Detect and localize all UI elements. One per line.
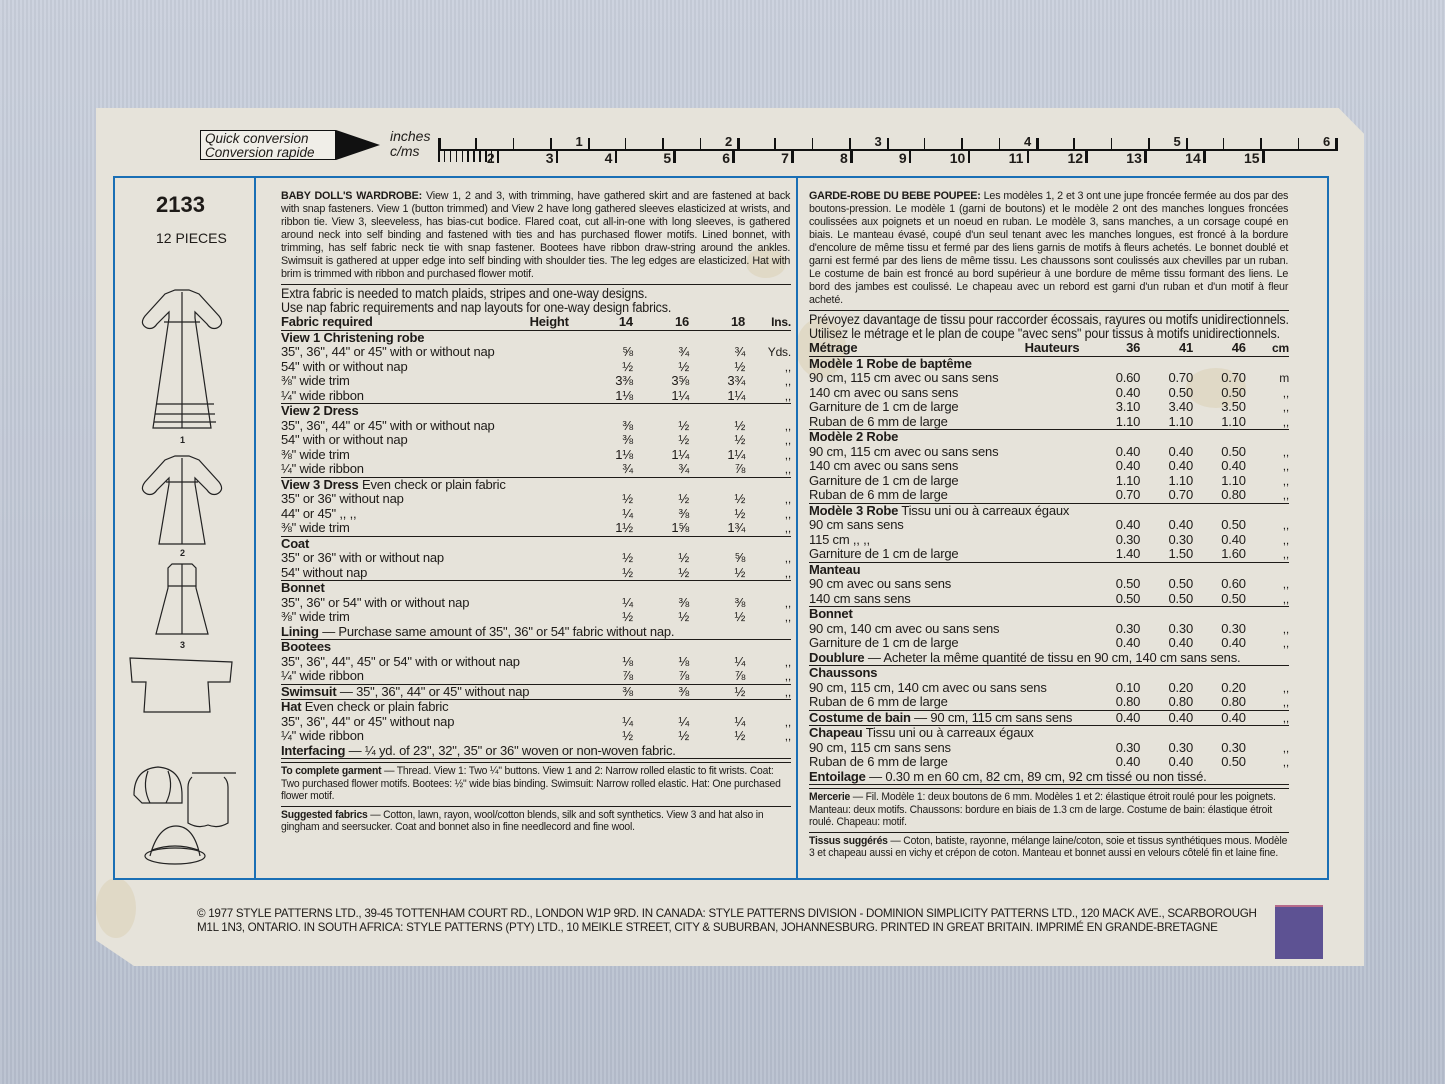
table-row: 35" or 36" with or without nap½½⅝,, xyxy=(281,551,791,566)
inch-number: 2 xyxy=(725,134,732,149)
mm-tick xyxy=(462,151,464,162)
inch-tick xyxy=(961,138,963,149)
table-row: ⅜" wide trim1½1⅝1¾,, xyxy=(281,521,791,536)
table-row: Garniture de 1 cm de large3.103.403.50,, xyxy=(809,400,1289,415)
table-row: 140 cm avec ou sans sens0.400.500.50,, xyxy=(809,386,1289,401)
table-row: 115 cm ,, ,,0.300.300.40,, xyxy=(809,533,1289,548)
table-row: ¼" wide ribbon½½½,, xyxy=(281,729,791,744)
garment-sketches: 1 2 3 xyxy=(120,280,250,870)
inch-tick xyxy=(475,138,477,149)
table-row: 54" with or without nap⅜½½,, xyxy=(281,433,791,448)
inch-tick xyxy=(1186,138,1189,149)
table-row: 35", 36", 44" or 45" with or without nap… xyxy=(281,419,791,434)
inch-tick xyxy=(924,138,926,149)
cm-tick xyxy=(850,151,853,163)
table-row: Bonnet xyxy=(809,607,1289,622)
table-row: 35", 36", 44" or 45" with or without nap… xyxy=(281,345,791,360)
french-description: GARDE-ROBE DU BEBE POUPEE: Les modèles 1… xyxy=(809,190,1288,307)
svg-text:3: 3 xyxy=(180,640,185,650)
french-column: GARDE-ROBE DU BEBE POUPEE: Les modèles 1… xyxy=(809,190,1289,860)
label-en: Quick conversion xyxy=(205,132,331,146)
inch-number: 6 xyxy=(1323,134,1330,149)
table-row: 44" or 45" ,, ,,¼⅜½,, xyxy=(281,507,791,522)
english-description: BABY DOLL'S WARDROBE: View 1, 2 and 3, w… xyxy=(281,190,790,281)
table-row: ⅜" wide trim3⅜3⅝3¾,, xyxy=(281,374,791,389)
table-row: Swimsuit — 35", 36", 44" or 45" without … xyxy=(281,684,791,700)
table-row: Coat xyxy=(281,536,791,551)
pieces-count: 12 PIECES xyxy=(156,230,227,246)
inch-tick xyxy=(1223,138,1225,149)
table-row: Garniture de 1 cm de large0.400.400.40,, xyxy=(809,636,1289,651)
french-suggested-fabrics: Tissus suggérés — Coton, batiste, rayonn… xyxy=(809,835,1288,860)
table-row: ¼" wide ribbon1⅛1¼1¼,, xyxy=(281,389,791,404)
table-header: Fabric requiredHeight141618Ins. xyxy=(281,315,791,330)
english-suggested-fabrics: Suggested fabrics — Cotton, lawn, rayon,… xyxy=(281,809,790,834)
cm-tick xyxy=(968,151,971,163)
cm-number: 15 xyxy=(1244,150,1260,166)
inch-tick xyxy=(1148,138,1150,149)
table-row: 35", 36", 44" or 45" without nap¼¼¼,, xyxy=(281,715,791,730)
table-row: Ruban de 6 mm de large0.700.700.80,, xyxy=(809,488,1289,503)
french-fabric-table: MétrageHauteurs364146cmModèle 1 Robe de … xyxy=(809,341,1289,785)
table-row: Hat Even check or plain fabric xyxy=(281,700,791,715)
mm-tick xyxy=(450,151,452,162)
cm-tick xyxy=(1027,151,1030,163)
cm-number: 10 xyxy=(950,150,966,166)
table-row: Chaussons xyxy=(809,666,1289,681)
inch-tick xyxy=(700,138,702,149)
footer-line-1: © 1977 STYLE PATTERNS LTD., 39-45 TOTTEN… xyxy=(197,907,1257,921)
copyright-footer: © 1977 STYLE PATTERNS LTD., 39-45 TOTTEN… xyxy=(197,907,1257,934)
svg-text:1: 1 xyxy=(180,435,185,445)
cm-number: 6 xyxy=(722,150,730,166)
cm-number: 5 xyxy=(663,150,671,166)
hat-sketch xyxy=(145,826,205,864)
table-row: Ruban de 6 mm de large1.101.101.10,, xyxy=(809,415,1289,430)
table-row: 90 cm sans sens0.400.400.50,, xyxy=(809,518,1289,533)
inch-number: 4 xyxy=(1024,134,1031,149)
table-row: Ruban de 6 mm de large0.800.800.80,, xyxy=(809,695,1289,710)
table-row: 35", 36", 44", 45" or 54" with or withou… xyxy=(281,655,791,670)
cm-tick xyxy=(673,151,676,163)
inch-tick xyxy=(513,138,515,149)
english-note-1: Extra fabric is needed to match plaids, … xyxy=(281,287,793,301)
table-row: Modèle 1 Robe de baptême xyxy=(809,356,1289,371)
cm-tick xyxy=(1262,151,1265,163)
cm-number: 4 xyxy=(605,150,613,166)
table-row: Modèle 2 Robe xyxy=(809,430,1289,445)
table-row: Bonnet xyxy=(281,581,791,596)
cm-tick xyxy=(1144,151,1147,163)
inch-number: 3 xyxy=(875,134,882,149)
inch-tick xyxy=(849,138,851,149)
table-row: 35", 36" or 54" with or without nap¼⅜⅜,, xyxy=(281,596,791,611)
cm-tick xyxy=(909,151,912,163)
mm-tick xyxy=(438,151,440,162)
inch-tick xyxy=(812,138,814,149)
inch-tick xyxy=(774,138,776,149)
arrow-icon xyxy=(336,130,380,160)
pattern-number: 2133 xyxy=(156,192,205,218)
inch-number: 5 xyxy=(1174,134,1181,149)
french-notions: Mercerie — Fil. Modèle 1: deux boutons d… xyxy=(809,791,1288,829)
table-row: Garniture de 1 cm de large1.401.501.60,, xyxy=(809,547,1289,562)
cm-number: 7 xyxy=(781,150,789,166)
french-note-2: Utilisez le métrage et le plan de coupe … xyxy=(809,327,1291,341)
table-row: 54" without nap½½½,, xyxy=(281,566,791,581)
mm-tick xyxy=(467,151,469,162)
cm-number: 12 xyxy=(1067,150,1083,166)
inch-tick xyxy=(1335,138,1338,149)
table-header: MétrageHauteurs364146cm xyxy=(809,341,1289,356)
table-row: ¼" wide ribbon¾¾⅞,, xyxy=(281,462,791,477)
cm-number: 11 xyxy=(1009,150,1024,166)
table-row: View 3 Dress Even check or plain fabric xyxy=(281,477,791,492)
english-note-2: Use nap fabric requirements and nap layo… xyxy=(281,301,793,315)
cm-tick xyxy=(556,151,559,163)
inch-tick xyxy=(550,138,552,149)
table-row: 90 cm, 140 cm avec ou sans sens0.300.300… xyxy=(809,622,1289,637)
inch-tick xyxy=(1073,138,1075,149)
cm-tick xyxy=(615,151,618,163)
table-row: 90 cm, 115 cm, 140 cm avec ou sans sens0… xyxy=(809,681,1289,696)
cm-number: 14 xyxy=(1185,150,1201,166)
christening-robe-sketch xyxy=(142,290,221,428)
cm-tick xyxy=(732,151,735,163)
table-row: Chapeau Tissu uni ou à carreaux égaux xyxy=(809,726,1289,741)
cm-number: 13 xyxy=(1126,150,1142,166)
table-row: View 2 Dress xyxy=(281,404,791,419)
dress-view-2-sketch xyxy=(142,456,221,544)
footer-line-2: M1L 1N3, ONTARIO. IN SOUTH AFRICA: STYLE… xyxy=(197,921,1257,935)
table-row: 90 cm, 115 cm sans sens0.300.300.30,, xyxy=(809,741,1289,756)
inch-tick xyxy=(737,138,740,149)
bonnet-sketch xyxy=(134,767,182,803)
mm-tick xyxy=(444,151,446,162)
mm-tick xyxy=(456,151,458,162)
center-divider xyxy=(796,176,798,878)
table-row: ¼" wide ribbon⅞⅞⅞,, xyxy=(281,669,791,684)
table-row: 35" or 36" without nap½½½,, xyxy=(281,492,791,507)
english-notions: To complete garment — Thread. View 1: Tw… xyxy=(281,765,790,803)
cm-tick xyxy=(497,151,500,163)
table-row: 54" with or without nap½½½,, xyxy=(281,360,791,375)
table-row: Lining — Purchase same amount of 35", 36… xyxy=(281,625,791,640)
table-row: Costume de bain — 90 cm, 115 cm sans sen… xyxy=(809,710,1289,726)
inch-tick xyxy=(625,138,627,149)
inch-tick xyxy=(1298,138,1300,149)
inch-tick xyxy=(887,138,890,149)
purple-tab xyxy=(1275,905,1323,959)
table-row: ⅜" wide trim½½½,, xyxy=(281,610,791,625)
inches-label: inches xyxy=(390,129,430,143)
inch-number: 1 xyxy=(576,134,583,149)
left-divider xyxy=(254,176,256,878)
table-row: 140 cm avec ou sans sens0.400.400.40,, xyxy=(809,459,1289,474)
table-row: Ruban de 6 mm de large0.400.400.50,, xyxy=(809,755,1289,770)
inch-tick xyxy=(438,138,441,149)
english-column: BABY DOLL'S WARDROBE: View 1, 2 and 3, w… xyxy=(281,190,791,834)
table-row: Interfacing — ¼ yd. of 23", 32", 35" or … xyxy=(281,744,791,759)
quick-conversion-label: Quick conversion Conversion rapide xyxy=(200,130,336,160)
cm-number: 3 xyxy=(546,150,554,166)
table-row: 90 cm avec ou sans sens0.500.500.60,, xyxy=(809,577,1289,592)
inch-tick xyxy=(662,138,664,149)
mm-tick xyxy=(479,151,481,162)
inch-tick xyxy=(1260,138,1262,149)
cm-label: c/ms xyxy=(390,144,420,158)
coat-sketch xyxy=(130,658,232,712)
table-row: ⅜" wide trim1⅛1¼1¼,, xyxy=(281,448,791,463)
table-row: 90 cm, 115 cm avec ou sans sens0.600.700… xyxy=(809,371,1289,386)
table-row: 140 cm sans sens0.500.500.50,, xyxy=(809,592,1289,607)
cm-number: 8 xyxy=(840,150,848,166)
cm-tick xyxy=(1203,151,1206,163)
table-row: Garniture de 1 cm de large1.101.101.10,, xyxy=(809,474,1289,489)
english-fabric-table: Fabric requiredHeight141618Ins.View 1 Ch… xyxy=(281,315,791,759)
table-row: Bootees xyxy=(281,640,791,655)
cm-tick xyxy=(1085,151,1088,163)
inch-tick xyxy=(1036,138,1039,149)
label-fr: Conversion rapide xyxy=(205,146,331,160)
table-row: Modèle 3 Robe Tissu uni ou à carreaux ég… xyxy=(809,503,1289,518)
conversion-ruler: Quick conversion Conversion rapide inche… xyxy=(100,126,1350,174)
table-row: View 1 Christening robe xyxy=(281,330,791,345)
table-row: Manteau xyxy=(809,562,1289,577)
table-row: 90 cm, 115 cm avec ou sans sens0.400.400… xyxy=(809,445,1289,460)
inch-tick xyxy=(999,138,1001,149)
dress-view-3-sketch xyxy=(156,564,208,634)
cm-tick xyxy=(791,151,794,163)
cm-number: 9 xyxy=(899,150,907,166)
mm-tick xyxy=(473,151,475,162)
table-row: Entoilage — 0.30 m en 60 cm, 82 cm, 89 c… xyxy=(809,770,1289,785)
cm-number: 2 xyxy=(487,150,495,166)
swimsuit-sketch xyxy=(188,773,236,827)
svg-text:2: 2 xyxy=(180,548,185,558)
inch-tick xyxy=(588,138,591,149)
table-row: Doublure — Acheter la même quantité de t… xyxy=(809,651,1289,666)
french-note-1: Prévoyez davantage de tissu pour raccord… xyxy=(809,313,1291,327)
inch-tick xyxy=(1111,138,1113,149)
